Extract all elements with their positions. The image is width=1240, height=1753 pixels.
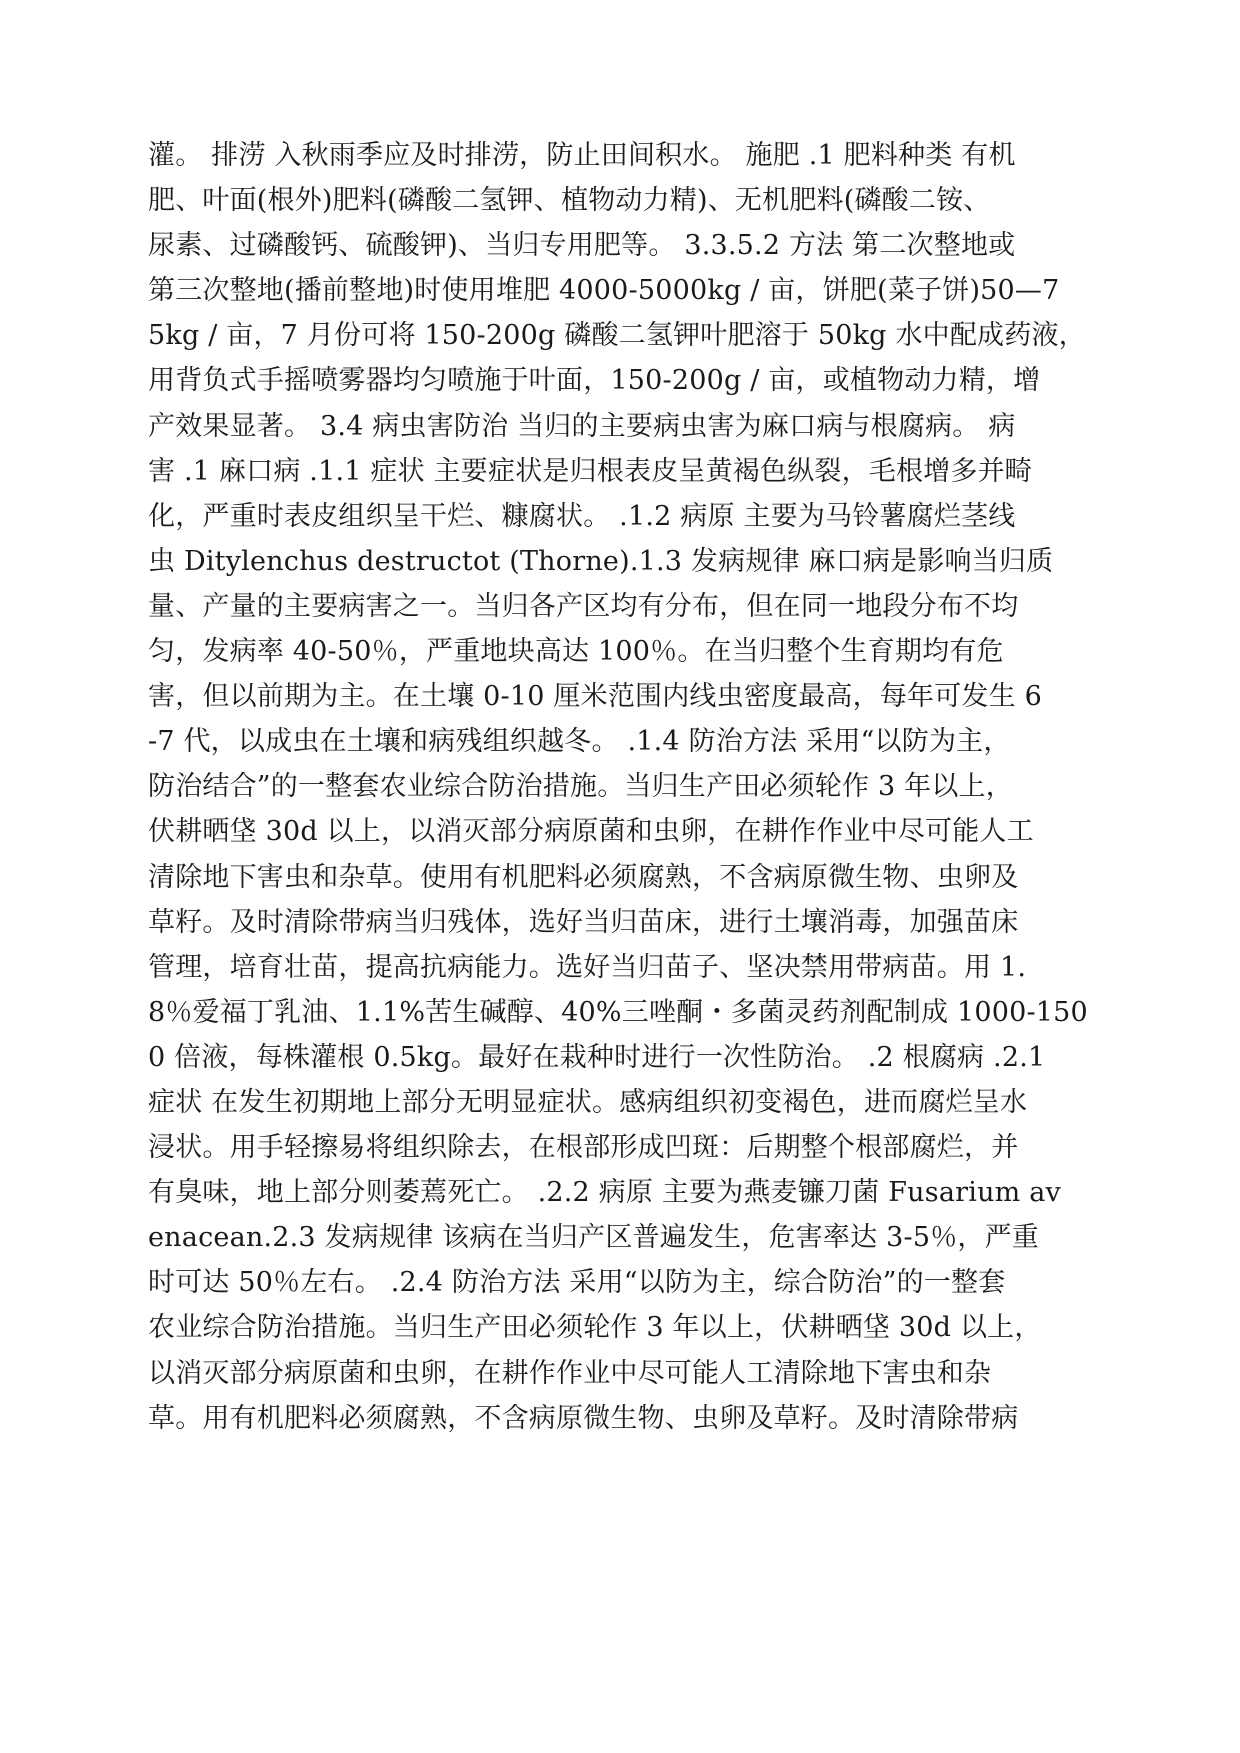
text-line: 8％爱福丁乳油、1.1%苦生碱醇、40%三唑酮・多菌灵药剂配制成 1000-15… [148, 990, 1108, 1035]
text-line: 灌。 排涝 入秋雨季应及时排涝，防止田间积水。 施肥 .1 肥料种类 有机 [148, 133, 1108, 178]
text-line: 以消灭部分病原菌和虫卵，在耕作作业中尽可能人工清除地下害虫和杂 [148, 1351, 1108, 1396]
text-line: 虫 Ditylenchus destructot (Thorne).1.3 发病… [148, 539, 1108, 584]
text-line: 草。用有机肥料必须腐熟，不含病原微生物、虫卵及草籽。及时清除带病 [148, 1396, 1108, 1441]
text-line: -7 代，以成虫在土壤和病残组织越冬。 .1.4 防治方法 采用“以防为主， [148, 719, 1108, 764]
text-line: 5kg / 亩，7 月份可将 150-200g 磷酸二氢钾叶肥溶于 50kg 水… [148, 313, 1108, 358]
text-line: 伏耕晒垡 30d 以上，以消灭部分病原菌和虫卵，在耕作作业中尽可能人工 [148, 809, 1108, 854]
text-line: 化，严重时表皮组织呈干烂、糠腐状。 .1.2 病原 主要为马铃薯腐烂茎线 [148, 494, 1108, 539]
text-line: 草籽。及时清除带病当归残体，选好当归苗床，进行土壤消毒，加强苗床 [148, 900, 1108, 945]
text-line: 浸状。用手轻擦易将组织除去，在根部形成凹斑：后期整个根部腐烂，并 [148, 1125, 1108, 1170]
text-line: 害，但以前期为主。在土壤 0-10 厘米范围内线虫密度最高，每年可发生 6 [148, 674, 1108, 719]
text-line: 时可达 50％左右。 .2.4 防治方法 采用“以防为主，综合防治”的一整套 [148, 1260, 1108, 1305]
text-line: 0 倍液，每株灌根 0.5kg。最好在栽种时进行一次性防治。 .2 根腐病 .2… [148, 1035, 1108, 1080]
text-line: 匀，发病率 40-50％，严重地块高达 100％。在当归整个生育期均有危 [148, 629, 1108, 674]
text-line: 管理，培育壮苗，提高抗病能力。选好当归苗子、坚决禁用带病苗。用 1. [148, 945, 1108, 990]
text-line: 清除地下害虫和杂草。使用有机肥料必须腐熟，不含病原微生物、虫卵及 [148, 855, 1108, 900]
text-line: 用背负式手摇喷雾器均匀喷施于叶面，150-200g / 亩，或植物动力精，增 [148, 358, 1108, 403]
text-line: 防治结合”的一整套农业综合防治措施。当归生产田必须轮作 3 年以上， [148, 764, 1108, 809]
text-line: 第三次整地(播前整地)时使用堆肥 4000-5000kg / 亩，饼肥(菜子饼)… [148, 268, 1108, 313]
text-line: 尿素、过磷酸钙、硫酸钾)、当归专用肥等。 3.3.5.2 方法 第二次整地或 [148, 223, 1108, 268]
text-line: 农业综合防治措施。当归生产田必须轮作 3 年以上，伏耕晒垡 30d 以上， [148, 1305, 1108, 1350]
text-line: 产效果显著。 3.4 病虫害防治 当归的主要病虫害为麻口病与根腐病。 病 [148, 404, 1108, 449]
text-line: enacean.2.3 发病规律 该病在当归产区普遍发生，危害率达 3-5％，严… [148, 1215, 1108, 1260]
document-page: 灌。 排涝 入秋雨季应及时排涝，防止田间积水。 施肥 .1 肥料种类 有机 肥、… [148, 133, 1108, 1441]
text-line: 有臭味，地上部分则萎蔫死亡。 .2.2 病原 主要为燕麦镰刀菌 Fusarium… [148, 1170, 1108, 1215]
text-line: 症状 在发生初期地上部分无明显症状。感病组织初变褐色，进而腐烂呈水 [148, 1080, 1108, 1125]
text-line: 量、产量的主要病害之一。当归各产区均有分布，但在同一地段分布不均 [148, 584, 1108, 629]
text-line: 害 .1 麻口病 .1.1 症状 主要症状是归根表皮呈黄褐色纵裂，毛根增多并畸 [148, 449, 1108, 494]
text-line: 肥、叶面(根外)肥料(磷酸二氢钾、植物动力精)、无机肥料(磷酸二铵、 [148, 178, 1108, 223]
